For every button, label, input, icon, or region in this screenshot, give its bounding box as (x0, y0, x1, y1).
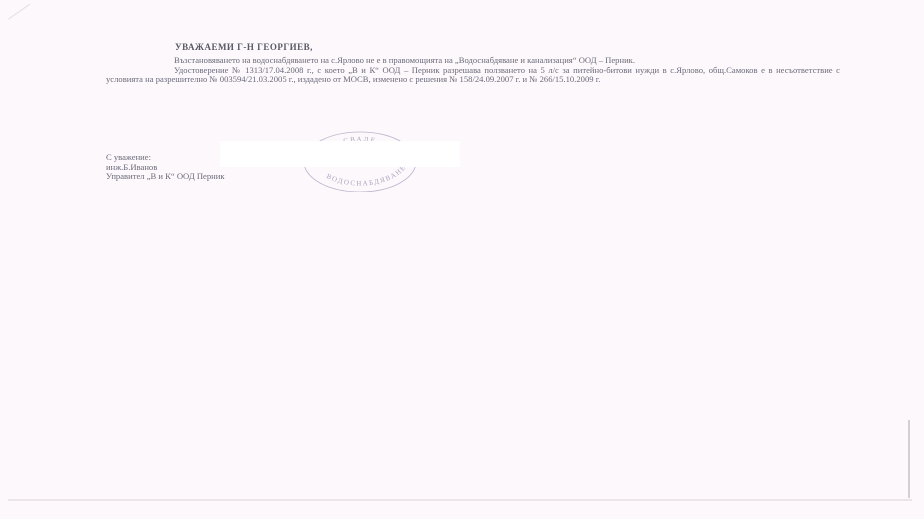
scanned-letter-page: УВАЖАЕМИ Г-Н ГЕОРГИЕВ, Възстановяването … (0, 0, 924, 519)
signature-block: С уважение: инж.Б.Иванов Управител „В и … (106, 153, 225, 182)
letter-body: Възстановяването на водоснабдяването на … (106, 56, 840, 85)
page-edge-shadow (908, 420, 910, 498)
page-bottom-edge (8, 499, 912, 501)
signature-title: Управител „В и К“ ООД Перник (106, 172, 225, 182)
scan-artifact (8, 4, 38, 31)
letter-greeting: УВАЖАЕМИ Г-Н ГЕОРГИЕВ, (175, 42, 313, 52)
paragraph-2: Удостоверение № 1313/17.04.2008 г., с ко… (106, 66, 840, 85)
redacted-signature-area (220, 141, 460, 167)
